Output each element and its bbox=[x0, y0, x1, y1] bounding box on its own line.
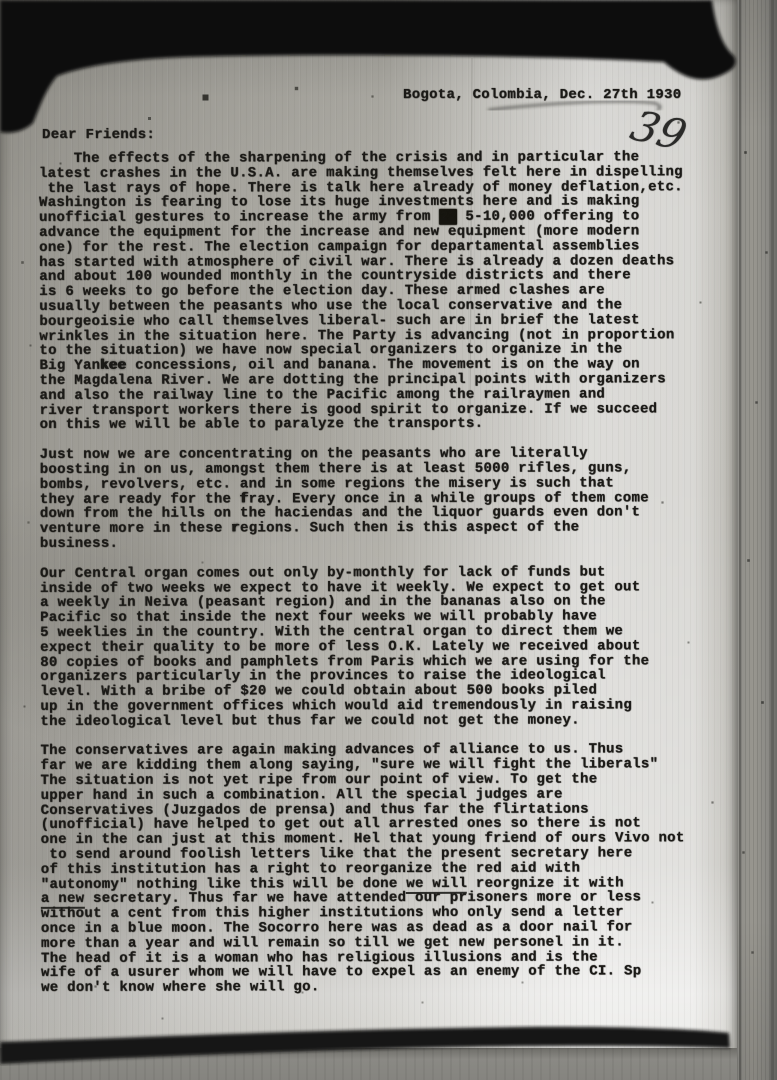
text-segment: venture more in these bbox=[40, 521, 231, 538]
text-segment: the ideological level but thus far we co… bbox=[40, 712, 580, 729]
paragraph-1: The effects of the sharpening of the cri… bbox=[39, 150, 735, 433]
text-segment: Big Yan bbox=[39, 358, 100, 374]
text-segment: on this we will be able to paralyze the … bbox=[40, 416, 484, 433]
text-segment: egions. Such then is this aspect of the bbox=[240, 520, 579, 537]
text-line: on this we will be able to paralyze the … bbox=[40, 416, 735, 433]
bottom-page-edge bbox=[0, 1048, 737, 1080]
film-edge-strip bbox=[737, 0, 777, 1080]
text-line: the ideological level but thus far we co… bbox=[40, 713, 735, 730]
text-segment: we don't know where she will go. bbox=[41, 979, 319, 996]
overtyped-text: kee bbox=[100, 358, 126, 374]
paragraph-4: The conservatives are again making advan… bbox=[40, 743, 736, 996]
letter-body: The effects of the sharpening of the cri… bbox=[39, 150, 736, 1011]
overtyped-text: r bbox=[231, 521, 240, 537]
paragraph-3: Our Central organ comes out only by-mont… bbox=[40, 565, 735, 730]
text-line: business. bbox=[40, 535, 735, 552]
document-scan: Bogota, Colombia, Dec. 27th 1930 39 Dear… bbox=[0, 0, 777, 1080]
struck-out-text: 22 bbox=[439, 209, 456, 225]
text-segment: business. bbox=[40, 536, 118, 552]
text-line: we don't know where she will go. bbox=[41, 979, 736, 996]
paragraph-2: Just now we are concentrating on the pea… bbox=[40, 446, 735, 551]
salutation: Dear Friends: bbox=[42, 127, 155, 143]
